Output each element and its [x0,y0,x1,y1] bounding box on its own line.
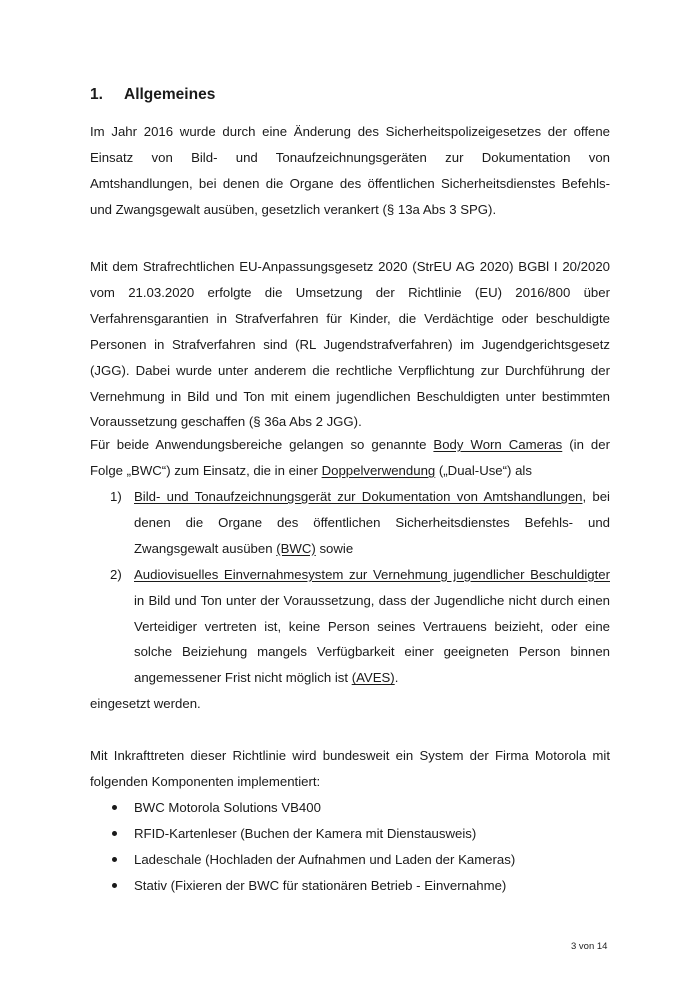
item-tail: . [395,670,399,685]
bullet-icon [112,857,117,862]
list-closing-text: eingesetzt werden. [90,691,201,717]
text: („Dual-Use“) als [435,463,532,478]
numbered-list: 1) Bild- und Tonaufzeichnungsgerät zur D… [90,484,610,691]
item-tail: sowie [316,541,353,556]
paragraph-jgg: Mit dem Strafrechtlichen EU-Anpassungsge… [90,254,610,435]
item-term: Audiovisuelles Einvernahmesystem zur Ver… [134,567,610,582]
numbered-item-bwc: 1) Bild- und Tonaufzeichnungsgerät zur D… [90,484,610,562]
section-heading: 1.Allgemeines [90,86,215,104]
item-label: RFID-Kartenleser (Buchen der Kamera mit … [134,826,476,841]
bullet-icon [112,883,117,888]
bullet-icon [112,805,117,810]
list-item: Ladeschale (Hochladen der Aufnahmen und … [90,847,610,873]
numbered-item-aves: 2) Audiovisuelles Einvernahmesystem zur … [90,562,610,692]
item-label: Stativ (Fixieren der BWC für stationären… [134,878,506,893]
section-number: 1. [90,86,124,104]
term-doppelverwendung: Doppelverwendung [322,463,436,478]
item-label: BWC Motorola Solutions VB400 [134,800,321,815]
item-label: Ladeschale (Hochladen der Aufnahmen und … [134,852,515,867]
section-title: Allgemeines [124,86,215,103]
list-marker: 2) [110,562,122,588]
list-item: RFID-Kartenleser (Buchen der Kamera mit … [90,821,610,847]
list-item: BWC Motorola Solutions VB400 [90,795,610,821]
bullet-icon [112,831,117,836]
item-abbreviation: (BWC) [276,541,316,556]
item-term: Bild- und Tonaufzeichnungsgerät zur Doku… [134,489,582,504]
document-page: 1.Allgemeines Im Jahr 2016 wurde durch e… [0,0,700,990]
page-number: 3 von 14 [571,941,607,952]
list-marker: 1) [110,484,122,510]
term-body-worn-cameras: Body Worn Cameras [433,437,562,452]
paragraph-bwc-intro: Für beide Anwendungsbereiche gelangen so… [90,432,610,484]
item-abbreviation: (AVES) [352,670,395,685]
list-item: Stativ (Fixieren der BWC für stationären… [90,873,610,899]
text: Für beide Anwendungsbereiche gelangen so… [90,437,433,452]
paragraph-motorola: Mit Inkrafttreten dieser Richtlinie wird… [90,743,610,795]
paragraph-spg: Im Jahr 2016 wurde durch eine Änderung d… [90,119,610,223]
component-list: BWC Motorola Solutions VB400 RFID-Karten… [90,795,610,899]
